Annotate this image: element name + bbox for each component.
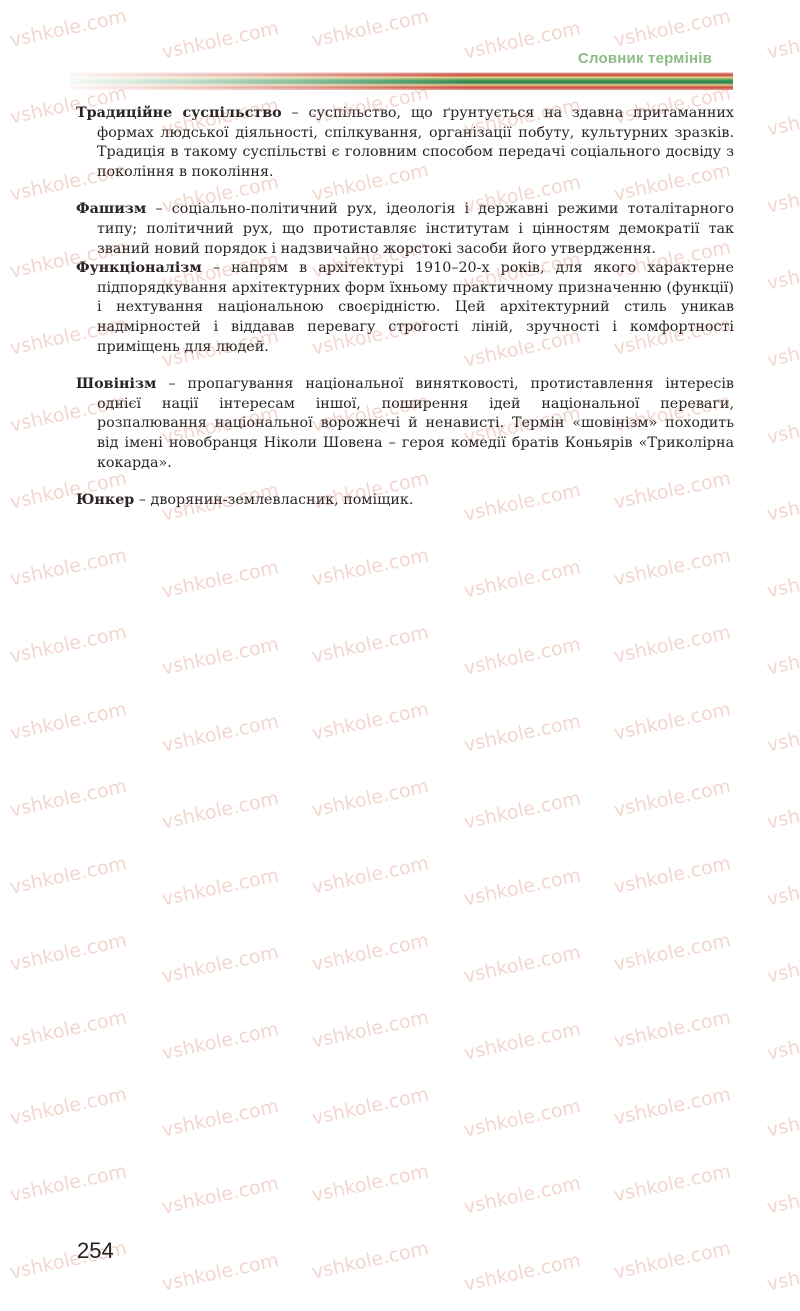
dash: – [282, 105, 309, 121]
watermark-text: vshkole.com [310, 775, 431, 821]
watermark-text: vshkole.com [310, 1160, 431, 1206]
watermark-text: vshkole.com [765, 479, 800, 525]
watermark-text: vshkole.com [310, 929, 431, 975]
glossary: Традиційне суспільство – суспільство, що… [76, 104, 734, 511]
watermark-text: vshkole.com [310, 544, 431, 590]
watermark-text: vshkole.com [462, 1018, 583, 1064]
watermark-text: vshkole.com [765, 1018, 800, 1064]
watermark-text: vshkole.com [612, 5, 733, 51]
glossary-definition: соціально-політичний рух, ідеологія і де… [97, 201, 734, 256]
glossary-definition: дворянин-землевласник, поміщик. [151, 492, 414, 508]
watermark-text: vshkole.com [462, 1172, 583, 1218]
page-number: 254 [77, 1238, 114, 1264]
watermark-text: vshkole.com [310, 1237, 431, 1283]
watermark-text: vshkole.com [765, 787, 800, 833]
watermark-text: vshkole.com [765, 325, 800, 371]
glossary-entry-fascism: Фашизм – соціально-політичний рух, ідеол… [76, 200, 734, 259]
watermark-text: vshkole.com [8, 852, 129, 898]
watermark-text: vshkole.com [160, 1018, 281, 1064]
watermark-text: vshkole.com [765, 1172, 800, 1218]
watermark-text: vshkole.com [8, 544, 129, 590]
watermark-text: vshkole.com [160, 633, 281, 679]
watermark-text: vshkole.com [765, 402, 800, 448]
watermark-text: vshkole.com [310, 1006, 431, 1052]
watermark-text: vshkole.com [8, 621, 129, 667]
watermark-text: vshkole.com [462, 1095, 583, 1141]
watermark-text: vshkole.com [612, 1160, 733, 1206]
glossary-term: Традиційне суспільство [76, 105, 282, 121]
watermark-text: vshkole.com [612, 929, 733, 975]
watermark-text: vshkole.com [310, 698, 431, 744]
glossary-term: Юнкер [76, 492, 134, 508]
glossary-term: Фашизм [76, 201, 146, 217]
watermark-text: vshkole.com [765, 94, 800, 140]
watermark-text: vshkole.com [765, 941, 800, 987]
glossary-entry-functionalism: Функціоналізм – напрям в архітектурі 191… [76, 259, 734, 357]
watermark-text: vshkole.com [612, 1083, 733, 1129]
dash: – [156, 376, 187, 392]
watermark-text: vshkole.com [612, 775, 733, 821]
dash: – [202, 260, 231, 276]
watermark-text: vshkole.com [765, 1249, 800, 1295]
watermark-text: vshkole.com [612, 1006, 733, 1052]
watermark-text: vshkole.com [462, 556, 583, 602]
watermark-text: vshkole.com [160, 710, 281, 756]
watermark-text: vshkole.com [8, 5, 129, 51]
watermark-text: vshkole.com [462, 787, 583, 833]
glossary-term: Шовінізм [76, 376, 156, 392]
watermark-text: vshkole.com [160, 1095, 281, 1141]
watermark-text: vshkole.com [160, 556, 281, 602]
watermark-text: vshkole.com [462, 710, 583, 756]
watermark-text: vshkole.com [310, 621, 431, 667]
watermark-text: vshkole.com [462, 941, 583, 987]
watermark-text: vshkole.com [8, 929, 129, 975]
glossary-entry-traditional-society: Традиційне суспільство – суспільство, що… [76, 104, 734, 182]
watermark-text: vshkole.com [160, 864, 281, 910]
watermark-text: vshkole.com [462, 864, 583, 910]
glossary-entry-chauvinism: Шовінізм – пропагування національної вин… [76, 375, 734, 473]
watermark-text: vshkole.com [8, 698, 129, 744]
watermark-text: vshkole.com [160, 787, 281, 833]
watermark-text: vshkole.com [8, 1006, 129, 1052]
glossary-entry-junker: Юнкер – дворянин-землевласник, поміщик. [76, 491, 734, 511]
watermark-text: vshkole.com [612, 698, 733, 744]
watermark-text: vshkole.com [160, 941, 281, 987]
decorative-stripe [70, 72, 733, 90]
watermark-text: vshkole.com [765, 1095, 800, 1141]
watermark-text: vshkole.com [310, 1083, 431, 1129]
glossary-definition: пропагування національної винятковості, … [97, 376, 734, 470]
watermark-text: vshkole.com [765, 710, 800, 756]
watermark-text: vshkole.com [765, 248, 800, 294]
watermark-text: vshkole.com [765, 864, 800, 910]
watermark-text: vshkole.com [160, 1249, 281, 1295]
watermark-text: vshkole.com [462, 633, 583, 679]
dash: – [134, 492, 150, 508]
glossary-term: Функціоналізм [76, 260, 202, 276]
watermark-text: vshkole.com [462, 1249, 583, 1295]
page-header: Словник термінів [0, 50, 800, 95]
watermark-text: vshkole.com [765, 633, 800, 679]
watermark-text: vshkole.com [765, 556, 800, 602]
watermark-text: vshkole.com [612, 852, 733, 898]
watermark-text: vshkole.com [765, 171, 800, 217]
watermark-text: vshkole.com [612, 1237, 733, 1283]
watermark-text: vshkole.com [8, 1160, 129, 1206]
watermark-text: vshkole.com [8, 1083, 129, 1129]
dash: – [146, 201, 171, 217]
watermark-text: vshkole.com [310, 852, 431, 898]
watermark-text: vshkole.com [8, 775, 129, 821]
watermark-text: vshkole.com [310, 5, 431, 51]
watermark-text: vshkole.com [160, 1172, 281, 1218]
watermark-text: vshkole.com [612, 544, 733, 590]
section-title: Словник термінів [578, 50, 712, 67]
watermark-text: vshkole.com [612, 621, 733, 667]
